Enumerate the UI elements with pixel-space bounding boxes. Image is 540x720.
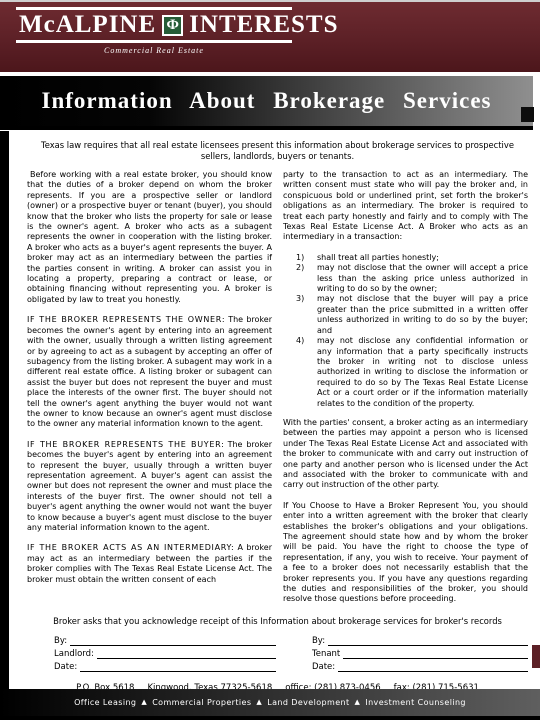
paragraph-choose-representation: If You Choose to Have a Broker Represent… bbox=[283, 501, 528, 605]
landlord-signature-line bbox=[97, 649, 276, 659]
acknowledgment-statement: Broker asks that you acknowledge receipt… bbox=[27, 616, 528, 626]
by-label: By: bbox=[54, 636, 67, 646]
brand-name-right: INTERESTS bbox=[189, 11, 338, 39]
masthead: McALPINE Φ INTERESTS Commercial Real Est… bbox=[0, 0, 540, 72]
list-item: 1)shall treat all parties honestly; bbox=[283, 253, 528, 263]
tenant-signature-line bbox=[343, 649, 528, 659]
titlebar-corner-shadow bbox=[521, 107, 534, 122]
list-item: 2)may not disclose that the owner will a… bbox=[283, 263, 528, 294]
signature-block-tenant: By: Tenant Date: bbox=[312, 633, 528, 672]
tenant-label: Tenant bbox=[312, 649, 340, 659]
intermediary-duties-list: 1)shall treat all parties honestly; 2)ma… bbox=[283, 253, 528, 409]
service-office-leasing: Office Leasing bbox=[74, 698, 136, 707]
paragraph-intermediary-consent: party to the transaction to act as an in… bbox=[283, 170, 528, 243]
service-investment-counseling: Investment Counseling bbox=[365, 698, 466, 707]
triangle-separator-icon: ▲ bbox=[256, 698, 262, 706]
list-item: 4)may not disclose any confidential info… bbox=[283, 336, 528, 409]
paragraph-before-working: Before working with a real estate broker… bbox=[27, 170, 272, 305]
date-line bbox=[338, 662, 528, 672]
signature-block-landlord: By: Landlord: Date: bbox=[54, 633, 276, 672]
document-body: Texas law requires that all real estate … bbox=[0, 130, 540, 693]
service-commercial-properties: Commercial Properties bbox=[152, 698, 251, 707]
left-edge-bar bbox=[0, 131, 9, 689]
right-column: party to the transaction to act as an in… bbox=[283, 170, 528, 615]
date-line bbox=[80, 662, 276, 672]
intro-statement: Texas law requires that all real estate … bbox=[27, 137, 528, 162]
company-logo-mark-icon: Φ bbox=[162, 15, 183, 36]
paragraph-represents-buyer: IF THE BROKER REPRESENTS THE BUYER:The b… bbox=[27, 440, 272, 534]
right-edge-tab bbox=[532, 645, 540, 668]
page-title: Information About Brokerage Services bbox=[42, 88, 492, 114]
left-column: Before working with a real estate broker… bbox=[27, 170, 272, 615]
by-signature-line bbox=[328, 636, 528, 646]
triangle-separator-icon: ▲ bbox=[141, 698, 147, 706]
brand-name-left: McALPINE bbox=[19, 11, 156, 39]
paragraph-represents-owner: IF THE BROKER REPRESENTS THE OWNER:The b… bbox=[27, 315, 272, 429]
brand-tagline: Commercial Real Estate bbox=[16, 43, 292, 55]
date-label: Date: bbox=[312, 662, 335, 672]
by-signature-line bbox=[70, 636, 276, 646]
paragraph-appointed-licensees: With the parties' consent, a broker acti… bbox=[283, 418, 528, 491]
by-label: By: bbox=[312, 636, 325, 646]
list-item: 3)may not disclose that the buyer will p… bbox=[283, 294, 528, 336]
services-footer-bar: Office Leasing ▲ Commercial Properties ▲… bbox=[0, 689, 540, 720]
triangle-separator-icon: ▲ bbox=[355, 698, 361, 706]
date-label: Date: bbox=[54, 662, 77, 672]
paragraph-acts-as-intermediary: IF THE BROKER ACTS AS AN INTERMEDIARY:A … bbox=[27, 543, 272, 585]
service-land-development: Land Development bbox=[267, 698, 349, 707]
title-bar: Information About Brokerage Services bbox=[0, 76, 533, 130]
landlord-label: Landlord: bbox=[54, 649, 94, 659]
signature-section: By: Landlord: Date: By: Tenant Date: bbox=[27, 633, 528, 672]
brand-logo: McALPINE Φ INTERESTS bbox=[16, 7, 292, 43]
